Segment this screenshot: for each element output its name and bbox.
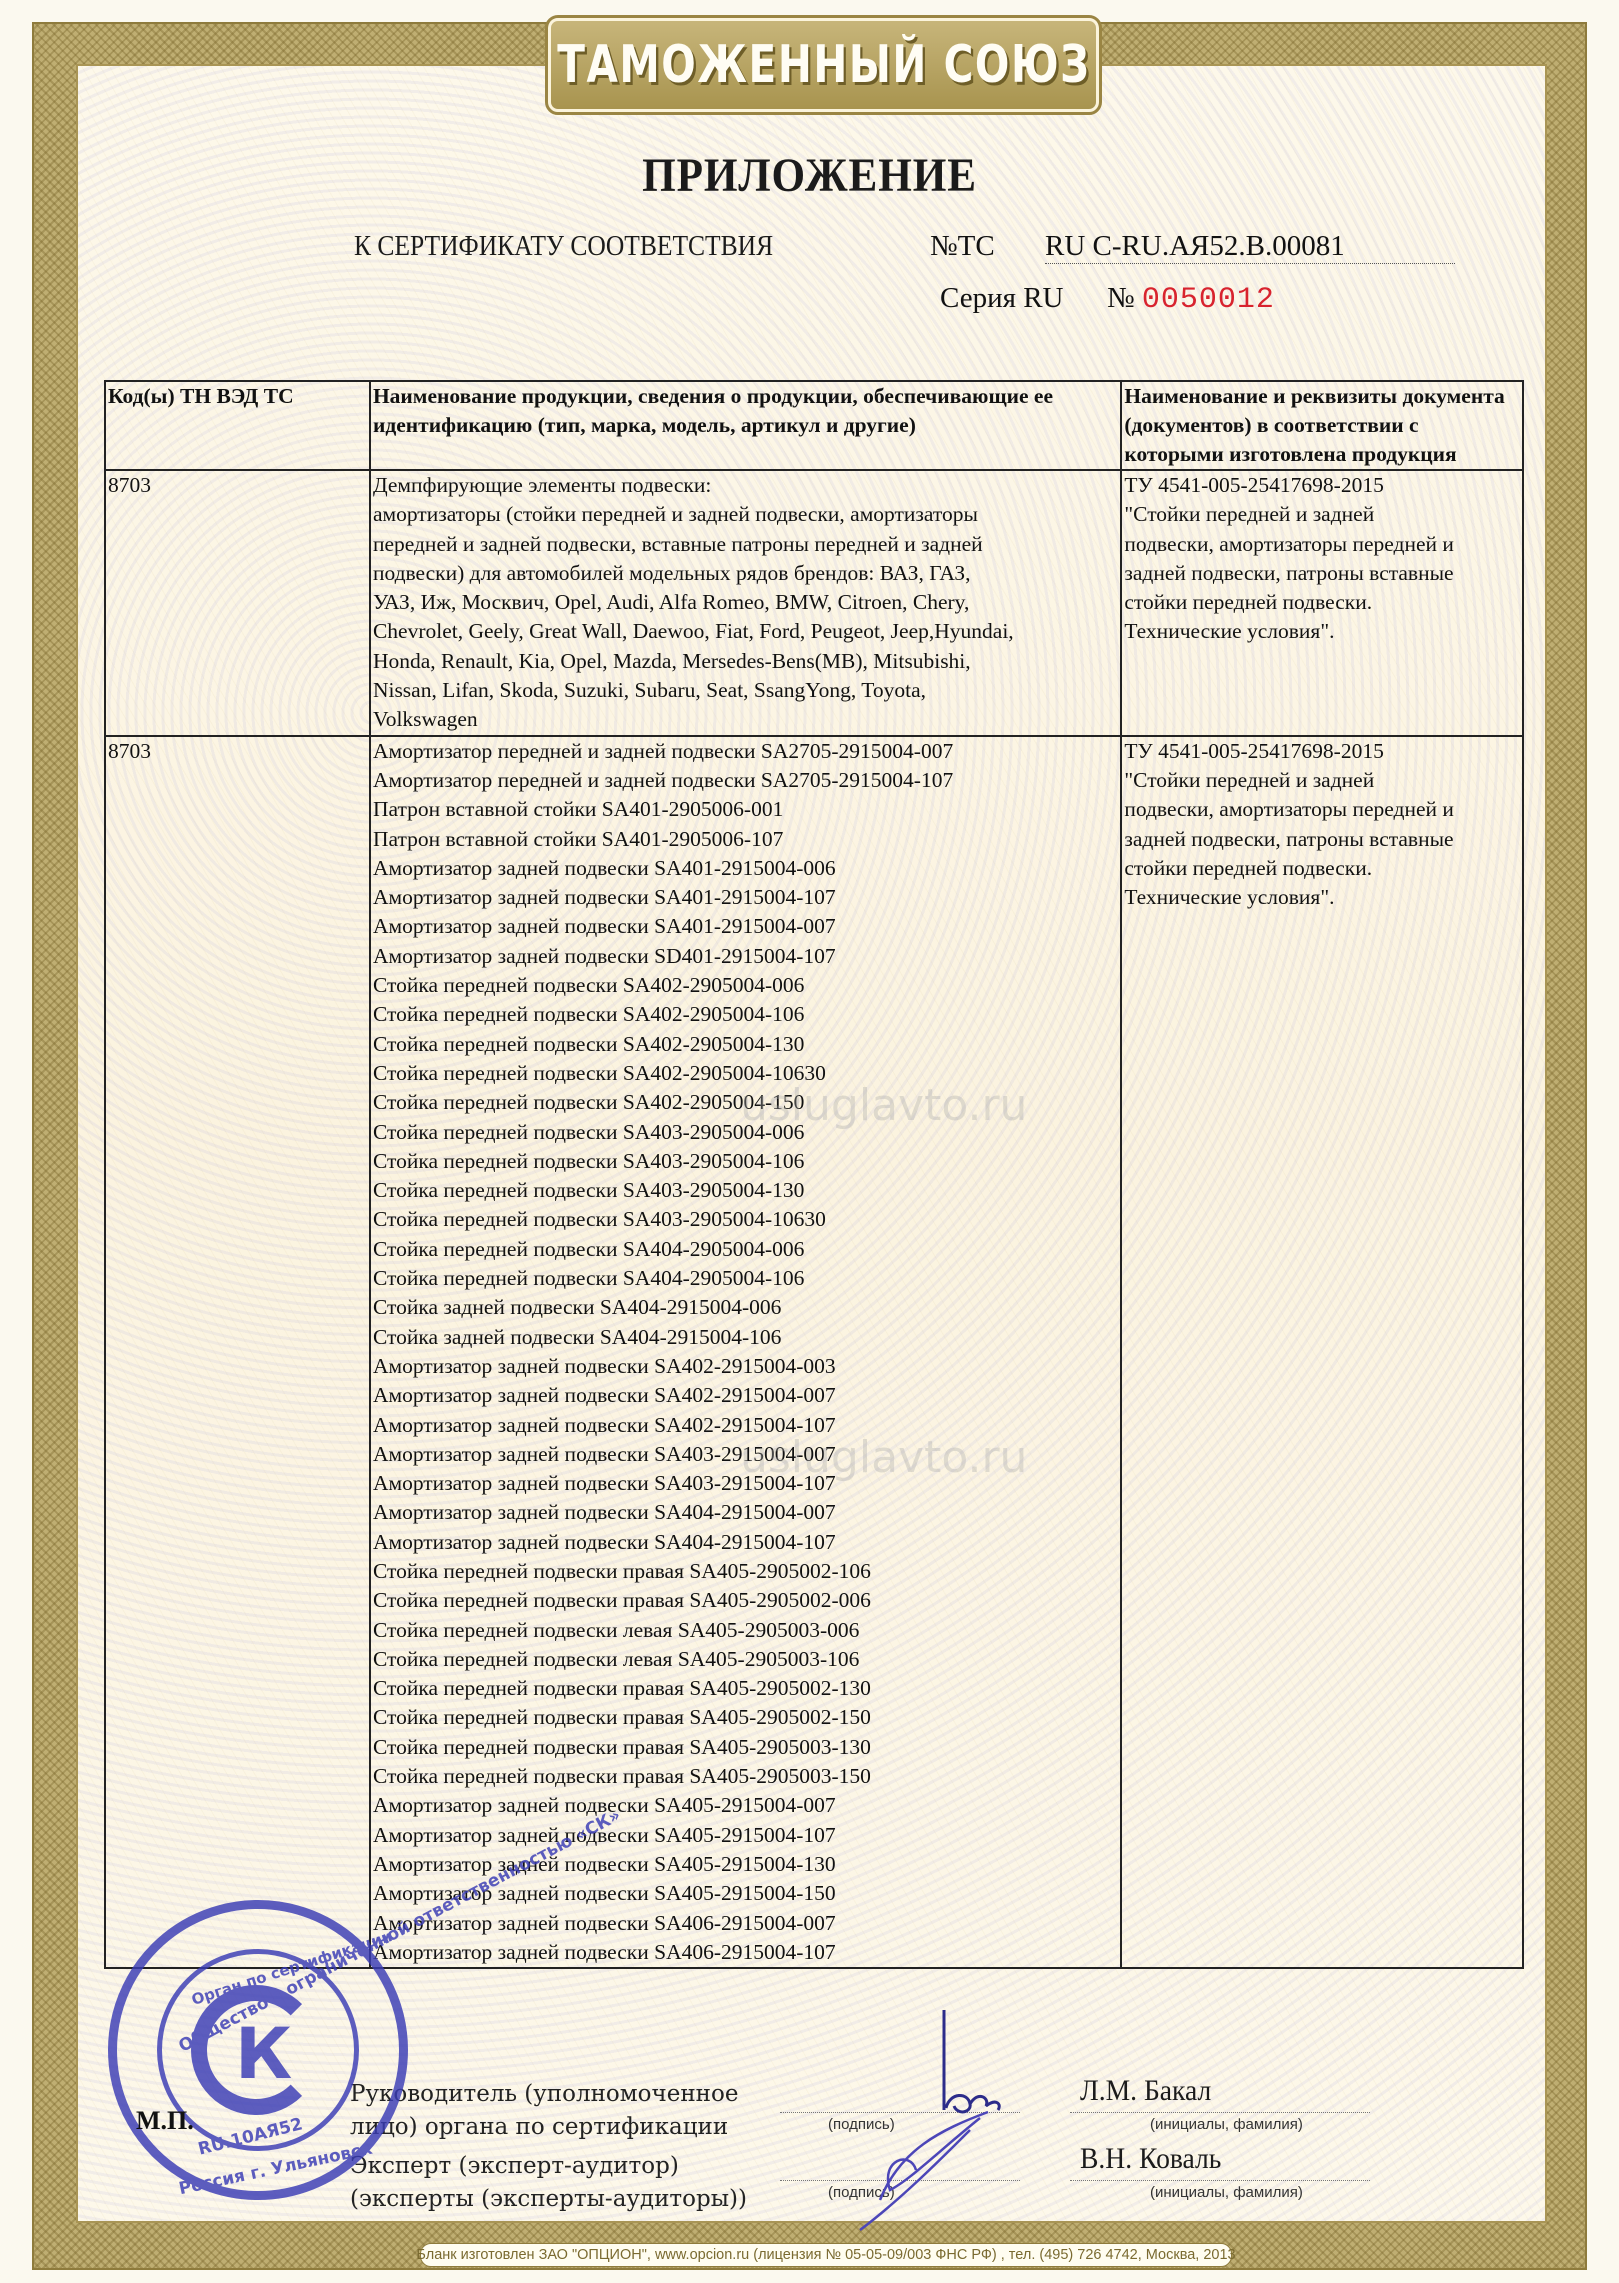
product-line: Nissan, Lifan, Skoda, Suzuki, Subaru, Se… (373, 676, 1118, 705)
name-line (1070, 2112, 1370, 2113)
product-line: Стойка передней подвески SA402-2905004-0… (373, 971, 1118, 1000)
product-line: Стойка передней подвески SA402-2905004-1… (373, 1030, 1118, 1059)
product-line: Стойка передней подвески SA404-2905004-1… (373, 1264, 1118, 1293)
hs-code-cell: 8703 (105, 736, 370, 1968)
document-line: "Стойки передней и задней (1124, 500, 1520, 529)
product-line: Стойка передней подвески правая SA405-29… (373, 1762, 1118, 1791)
product-line: Амортизатор задней подвески SA403-291500… (373, 1440, 1118, 1469)
product-line: Амортизатор задней подвески SA404-291500… (373, 1498, 1118, 1527)
product-line: Патрон вставной стойки SA401-2905006-107 (373, 825, 1118, 854)
product-line: Стойка передней подвески SA403-2905004-1… (373, 1176, 1118, 1205)
series-line: Серия RU № 0050012 (940, 282, 1275, 317)
product-line: Стойка передней подвески SA403-2905004-1… (373, 1205, 1118, 1234)
table-row: 8703Демпфирующие элементы подвески:аморт… (105, 470, 1523, 736)
certification-body-stamp: К Общество с ограниченной ответственност… (108, 1900, 408, 2200)
product-line: подвески) для автомобилей модельных рядо… (373, 559, 1118, 588)
product-line: Амортизатор задней подвески SA402-291500… (373, 1381, 1118, 1410)
product-line: Стойка передней подвески правая SA405-29… (373, 1703, 1118, 1732)
head-role-label: Руководитель (уполномоченное лицо) орган… (350, 2078, 738, 2144)
document-line: стойки передней подвески. (1124, 588, 1520, 617)
stamp-place-label: М.П. (136, 2106, 194, 2136)
product-line: Стойка передней подвески правая SA405-29… (373, 1586, 1118, 1615)
product-line: амортизаторы (стойки передней и задней п… (373, 500, 1118, 529)
product-line: Патрон вставной стойки SA401-2905006-001 (373, 795, 1118, 824)
product-line: Амортизатор задней подвески SA404-291500… (373, 1528, 1118, 1557)
banner-text: ТАМОЖЕННЫЙ СОЮЗ (557, 35, 1090, 95)
product-line: Стойка передней подвески SA402-2905004-1… (373, 1000, 1118, 1029)
product-line: Амортизатор передней и задней подвески S… (373, 737, 1118, 766)
name-caption: (инициалы, фамилия) (1150, 2116, 1303, 2133)
product-line: Амортизатор задней подвески SA402-291500… (373, 1411, 1118, 1440)
name-line (1070, 2180, 1370, 2181)
product-line: Chevrolet, Geely, Great Wall, Daewoo, Fi… (373, 617, 1118, 646)
header-hs-code: Код(ы) ТН ВЭД ТС (105, 381, 370, 470)
product-line: Стойка передней подвески правая SA405-29… (373, 1733, 1118, 1762)
product-line: Стойка передней подвески SA403-2905004-0… (373, 1118, 1118, 1147)
product-line: Стойка передней подвески SA402-2905004-1… (373, 1088, 1118, 1117)
product-line: Амортизатор задней подвески SA406-291500… (373, 1909, 1118, 1938)
product-line: Стойка передней подвески SA403-2905004-1… (373, 1147, 1118, 1176)
product-line: Амортизатор задней подвески SA401-291500… (373, 912, 1118, 941)
product-line: Стойка передней подвески правая SA405-29… (373, 1557, 1118, 1586)
product-line: Стойка передней подвески левая SA405-290… (373, 1616, 1118, 1645)
document-line: задней подвески, патроны вставные (1124, 825, 1520, 854)
document-line: ТУ 4541-005-25417698-2015 (1124, 471, 1520, 500)
expert-name: В.Н. Коваль (1080, 2142, 1221, 2176)
document-line: Технические условия". (1124, 617, 1520, 646)
product-description-cell: Демпфирующие элементы подвески:амортизат… (370, 470, 1121, 736)
blank-number-label: № (1107, 282, 1135, 314)
product-line: Демпфирующие элементы подвески: (373, 471, 1118, 500)
document-line: "Стойки передней и задней (1124, 766, 1520, 795)
handwritten-signatures (820, 2000, 1040, 2240)
product-line: Амортизатор задней подвески SA401-291500… (373, 854, 1118, 883)
document-reference-cell: ТУ 4541-005-25417698-2015"Стойки передне… (1121, 470, 1523, 736)
certificate-label-line: К СЕРТИФИКАТУ СООТВЕТСТВИЯ (354, 230, 830, 263)
expert-role-label: Эксперт (эксперт-аудитор) (эксперты (экс… (350, 2150, 747, 2216)
product-line: Honda, Renault, Kia, Opel, Mazda, Mersed… (373, 647, 1118, 676)
product-line: Стойка задней подвески SA404-2915004-006 (373, 1293, 1118, 1322)
product-line: Амортизатор задней подвески SA405-291500… (373, 1791, 1118, 1820)
document-line: стойки передней подвески. (1124, 854, 1520, 883)
head-name: Л.М. Бакал (1080, 2074, 1211, 2108)
product-line: Амортизатор передней и задней подвески S… (373, 766, 1118, 795)
document-reference-cell: ТУ 4541-005-25417698-2015"Стойки передне… (1121, 736, 1523, 1968)
product-line: передней и задней подвески, вставные пат… (373, 530, 1118, 559)
series-value: RU (1023, 282, 1063, 314)
certificate-number: RU C-RU.АЯ52.В.00081 (1045, 230, 1455, 264)
document-line: подвески, амортизаторы передней и (1124, 795, 1520, 824)
series-label: Серия (940, 282, 1016, 314)
product-line: Амортизатор задней подвески SA403-291500… (373, 1469, 1118, 1498)
page-title: ПРИЛОЖЕНИЕ (81, 148, 1538, 203)
product-line: Амортизатор задней подвески SA406-291500… (373, 1938, 1118, 1967)
product-line: Стойка передней подвески правая SA405-29… (373, 1674, 1118, 1703)
product-line: Volkswagen (373, 705, 1118, 734)
customs-union-banner: ТАМОЖЕННЫЙ СОЮЗ (548, 18, 1099, 112)
product-line: Стойка передней подвески SA404-2905004-0… (373, 1235, 1118, 1264)
name-caption: (инициалы, фамилия) (1150, 2184, 1303, 2201)
product-line: Стойка передней подвески SA402-2905004-1… (373, 1059, 1118, 1088)
products-table: Код(ы) ТН ВЭД ТС Наименование продукции,… (104, 380, 1524, 1969)
product-line: Стойка передней подвески левая SA405-290… (373, 1645, 1118, 1674)
document-line: подвески, амортизаторы передней и (1124, 530, 1520, 559)
document-line: Технические условия". (1124, 883, 1520, 912)
certificate-label: К СЕРТИФИКАТУ СООТВЕТСТВИЯ (354, 230, 773, 263)
blank-printer-footer: Бланк изготовлен ЗАО "ОПЦИОН", www.opcio… (420, 2243, 1232, 2267)
product-line: Амортизатор задней подвески SA402-291500… (373, 1352, 1118, 1381)
certificate-no-label: №ТС (930, 230, 995, 263)
document-line: ТУ 4541-005-25417698-2015 (1124, 737, 1520, 766)
product-line: Амортизатор задней подвески SA401-291500… (373, 883, 1118, 912)
product-line: Стойка задней подвески SA404-2915004-106 (373, 1323, 1118, 1352)
header-product: Наименование продукции, сведения о проду… (370, 381, 1121, 470)
product-line: УАЗ, Иж, Москвич, Opel, Audi, Alfa Romeo… (373, 588, 1118, 617)
blank-number: 0050012 (1142, 283, 1275, 317)
table-header-row: Код(ы) ТН ВЭД ТС Наименование продукции,… (105, 381, 1523, 470)
hs-code-cell: 8703 (105, 470, 370, 736)
document-line: задней подвески, патроны вставные (1124, 559, 1520, 588)
product-description-cell: Амортизатор передней и задней подвески S… (370, 736, 1121, 1968)
header-document: Наименование и реквизиты документа (доку… (1121, 381, 1523, 470)
table-row: 8703Амортизатор передней и задней подвес… (105, 736, 1523, 1968)
product-line: Амортизатор задней подвески SD401-291500… (373, 942, 1118, 971)
product-line: Амортизатор задней подвески SA405-291500… (373, 1821, 1118, 1850)
